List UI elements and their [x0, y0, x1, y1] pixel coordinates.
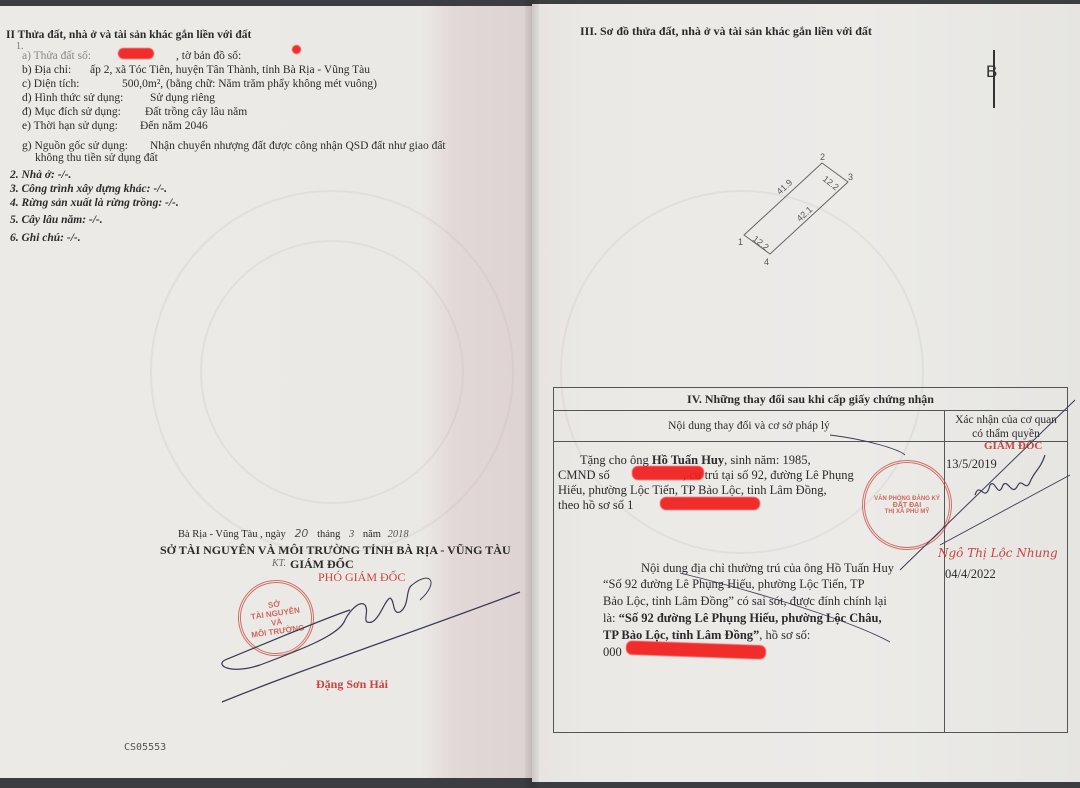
entry2-text: , hồ sơ số: — [759, 628, 810, 642]
entry2-confirm-date: 04/4/2022 — [945, 567, 996, 581]
signature-right — [0, 0, 1080, 788]
entry2-corrected-address-cont: TP Bảo Lộc, tỉnh Lâm Đồng” — [603, 628, 759, 642]
entry2-line2: “Số 92 đường Lê Phụng Hiếu, phường Lộc T… — [603, 577, 865, 591]
entry2-line4: là: “Số 92 đường Lê Phụng Hiếu, phường L… — [603, 611, 882, 625]
entry2-line6: 000 — [603, 645, 622, 659]
entry2-text: là: — [603, 611, 619, 625]
entry2-line1: Nội dung địa chỉ thường trú của ông Hồ T… — [641, 561, 894, 575]
entry2-confirm-signer: Ngô Thị Lộc Nhung — [938, 546, 1058, 560]
entry2-corrected-address: “Số 92 đường Lê Phụng Hiếu, phường Lộc C… — [619, 611, 882, 625]
entry2-line3: Bảo Lộc, tỉnh Lâm Đồng” có sai sót, được… — [603, 594, 887, 608]
